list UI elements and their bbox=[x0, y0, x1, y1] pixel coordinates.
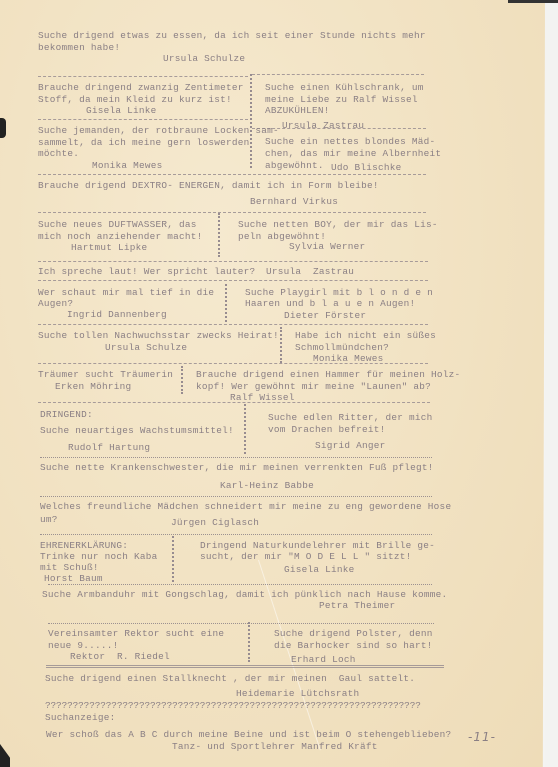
column-separator bbox=[248, 622, 254, 662]
column-separator bbox=[280, 327, 286, 363]
scan-edge bbox=[508, 0, 558, 3]
ad-signature: Erhard Loch bbox=[291, 654, 356, 666]
ad-text: Suche jemanden, der rotbraune Locken sam… bbox=[38, 125, 279, 137]
column-separator bbox=[218, 213, 224, 257]
ad-text: meine Liebe zu Ralf Wissel bbox=[265, 94, 418, 106]
divider bbox=[40, 457, 432, 458]
page-number: -11- bbox=[468, 730, 496, 744]
ad-signature: Monika Mewes bbox=[92, 160, 163, 172]
column-separator bbox=[225, 284, 231, 322]
column-separator bbox=[250, 74, 256, 168]
ad-text: vom Drachen befreit! bbox=[268, 424, 386, 436]
ad-text: Suche drigend etwas zu essen, da ich sei… bbox=[38, 30, 426, 42]
ad-text: Trinke nur noch Kaba bbox=[40, 551, 158, 563]
ad-signature: Rudolf Hartung bbox=[68, 442, 150, 454]
divider bbox=[252, 74, 424, 75]
divider bbox=[38, 363, 428, 364]
ad-text: ABZUKÜHLEN! bbox=[265, 105, 330, 117]
ad-text: Vereinsamter Rektor sucht eine bbox=[48, 628, 224, 640]
ad-text: Träumer sucht Träumerin bbox=[38, 369, 173, 381]
ad-signature: Gisela Linke bbox=[86, 105, 157, 117]
divider bbox=[38, 119, 248, 120]
ad-text: Welches freundliche Mädchen schneidert m… bbox=[40, 501, 451, 513]
divider bbox=[40, 534, 432, 535]
ad-signature: Ursula Zastrau bbox=[282, 120, 364, 132]
divider bbox=[46, 665, 444, 668]
scan-margin bbox=[545, 0, 558, 767]
ad-text: die Barhocker sind so hart! bbox=[274, 640, 433, 652]
ad-heading: DRINGEND: bbox=[40, 409, 93, 421]
divider bbox=[48, 623, 434, 624]
ad-text: Haaren und b l a u e n Augen! bbox=[245, 298, 415, 310]
ad-text: möchte. bbox=[38, 148, 79, 160]
divider bbox=[48, 584, 432, 585]
ad-signature: Rektor R. Riedel bbox=[70, 651, 170, 663]
ad-text: Wer schaut mir mal tief in die bbox=[38, 287, 214, 299]
divider bbox=[38, 324, 428, 325]
ad-text: kopf! Wer gewöhnt mir meine "Launen" ab? bbox=[196, 381, 431, 393]
ad-text: Brauche drigend DEXTRO- ENERGEN, damit i… bbox=[38, 180, 379, 192]
column-separator bbox=[172, 536, 178, 582]
divider bbox=[38, 402, 430, 403]
ad-text: mich noch anziehender macht! bbox=[38, 231, 203, 243]
ad-signature: Ingrid Dannenberg bbox=[67, 309, 167, 321]
ad-text: Suche tollen Nachwuchsstar zwecks Heirat… bbox=[38, 330, 279, 342]
ad-text: Schmollmündchen? bbox=[295, 342, 389, 354]
ad-signature: Petra Theimer bbox=[319, 600, 395, 612]
ad-text: sucht, der mir "M O D E L L " sitzt! bbox=[200, 551, 412, 563]
ad-text: mit Schuß! bbox=[40, 562, 99, 574]
ad-signature: Dieter Förster bbox=[284, 310, 366, 322]
ad-text: abgewöhnt. bbox=[265, 160, 324, 172]
ad-text: Suche einen Kühlschrank, um bbox=[265, 82, 424, 94]
ad-text: Suche neues DUFTWASSER, das bbox=[38, 219, 197, 231]
divider bbox=[38, 174, 426, 175]
ad-signature: Sylvia Werner bbox=[289, 241, 365, 253]
ad-signature: Tanz- und Sportlehrer Manfred Kräft bbox=[172, 741, 378, 753]
ad-signature: Erken Möhring bbox=[55, 381, 131, 393]
ad-signature: Hartmut Lipke bbox=[71, 242, 147, 254]
ad-signature: Ursula Zastrau bbox=[266, 266, 354, 278]
ad-text: Suche Playgirl mit b l o n d e n bbox=[245, 287, 433, 299]
paper-tear bbox=[0, 118, 6, 138]
column-separator bbox=[181, 366, 187, 394]
ad-signature: Sigrid Anger bbox=[315, 440, 386, 452]
divider bbox=[38, 76, 248, 77]
ad-signature: Ursula Schulze bbox=[105, 342, 187, 354]
ad-signature: Jürgen Ciglasch bbox=[171, 517, 259, 529]
ad-signature: Karl-Heinz Babbe bbox=[220, 480, 314, 492]
ad-text: Suche netten BOY, der mir das Lis- bbox=[238, 219, 438, 231]
ad-text: bekommen habe! bbox=[38, 42, 120, 54]
divider bbox=[40, 496, 432, 497]
ad-signature: Bernhard Virkus bbox=[250, 196, 338, 208]
ad-text: Suche drigend einen Stallknecht , der mi… bbox=[45, 673, 415, 685]
divider bbox=[38, 212, 426, 213]
ad-text: Suche nette Krankenschwester, die mir me… bbox=[40, 462, 434, 474]
ad-text: neue 9.....! bbox=[48, 640, 119, 652]
ad-signature: Ursula Schulze bbox=[163, 53, 245, 65]
ad-text: Suche ein nettes blondes Mäd- bbox=[265, 136, 435, 148]
divider bbox=[38, 280, 428, 281]
ad-text: um? bbox=[40, 514, 58, 526]
column-separator bbox=[244, 404, 250, 454]
ad-signature: Heidemarie Lütchsrath bbox=[236, 688, 359, 700]
ad-text: Suche edlen Ritter, der mich bbox=[268, 412, 433, 424]
ad-text: Suche drigend Polster, denn bbox=[274, 628, 433, 640]
ad-text: Dringend Naturkundelehrer mit Brille ge- bbox=[200, 540, 435, 552]
ad-text: Suche Armbanduhr mit Gongschlag, damit i… bbox=[42, 589, 447, 601]
ad-text: Stoff, da mein Kleid zu kurz ist! bbox=[38, 94, 232, 106]
ad-heading: Suchanzeige: bbox=[45, 712, 116, 724]
ad-text: sammelt, da ich meine gern loswerden bbox=[38, 137, 250, 149]
ad-text: Wer schoß das A B C durch meine Beine un… bbox=[46, 729, 451, 741]
divider bbox=[38, 261, 428, 262]
ad-text: Brauche drigend einen Hammer für meinen … bbox=[196, 369, 460, 381]
ad-text: Habe ich nicht ein süßes bbox=[295, 330, 436, 342]
ad-signature: Udo Blischke bbox=[331, 162, 402, 174]
ad-signature: Gisela Linke bbox=[284, 564, 355, 576]
ad-text: Augen? bbox=[38, 298, 73, 310]
question-mark-divider: ????????????????????????????????????????… bbox=[45, 700, 421, 712]
ad-text: Suche neuartiges Wachstumsmittel! bbox=[40, 425, 234, 437]
ad-signature: Horst Baum bbox=[44, 573, 103, 585]
ad-text: Ich spreche laut! Wer spricht lauter? bbox=[38, 266, 255, 278]
ad-text: Brauche dringend zwanzig Zentimeter bbox=[38, 82, 244, 94]
ad-text: chen, das mir meine Albernheit bbox=[265, 148, 441, 160]
ad-heading: EHRENERKLÄRUNG: bbox=[40, 540, 128, 552]
